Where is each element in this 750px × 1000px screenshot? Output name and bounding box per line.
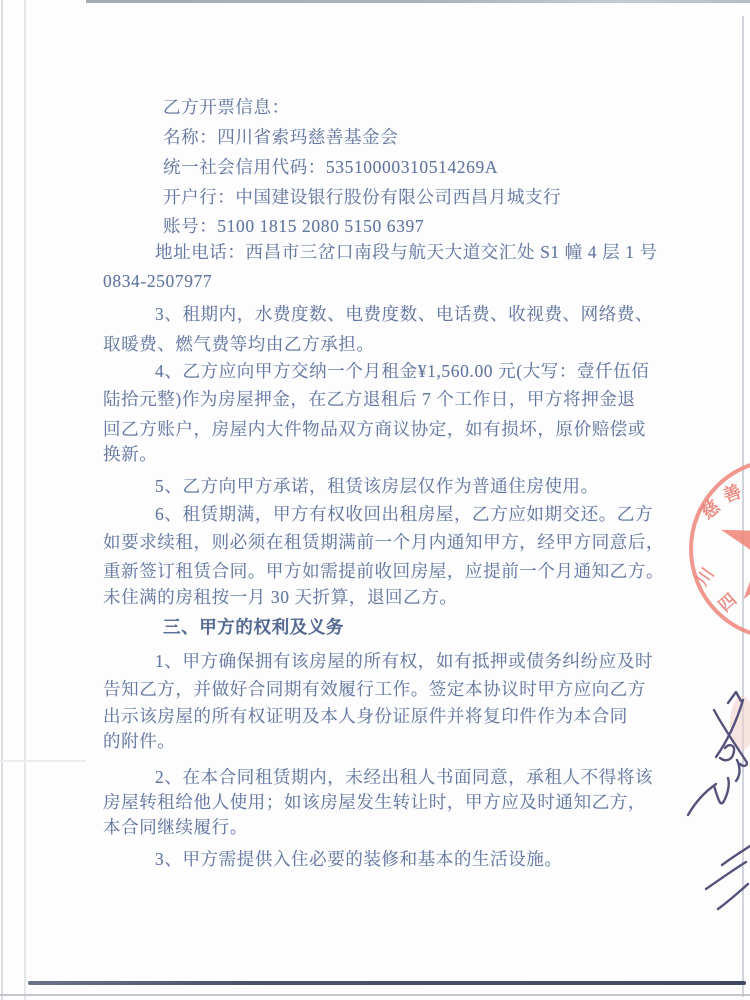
seal-char: 四 xyxy=(715,590,740,615)
handwriting-stroke-1 xyxy=(728,692,741,703)
text-line: 取暖费、燃气费等均由乙方承担。 xyxy=(103,332,375,356)
text-line: 1、甲方确保拥有该房屋的所有权，如有抵押或债务纠纷应及时 xyxy=(155,649,653,673)
page-edge-top xyxy=(86,0,750,3)
handwriting-stroke-5 xyxy=(736,760,740,781)
text-line: 5、乙方向甲方承诺，租赁该房层仅作为普通住房使用。 xyxy=(155,474,599,498)
scanned-contract-page: 乙方开票信息： 名称：四川省索玛慈善基金会 统一社会信用代码：535100003… xyxy=(0,0,750,1000)
text-line: 告知乙方，并做好合同期有效履行工作。签定本协议时甲方应向乙方 xyxy=(103,677,646,701)
handwriting-stroke-6 xyxy=(688,784,716,815)
text-line: 开户行：中国建设银行股份有限公司西昌月城支行 xyxy=(163,185,561,209)
text-line: 重新签订租赁合同。甲方如需提前收回房屋，应提前一个月通知乙方。 xyxy=(103,559,664,583)
section-heading: 三、甲方的权利及义务 xyxy=(163,615,344,639)
seal-ink-smudge xyxy=(730,696,750,750)
text-line: 未住满的房租按一月 30 天折算，退回乙方。 xyxy=(103,585,457,609)
handwriting-stroke-4 xyxy=(720,745,734,760)
text-line: 3、甲方需提供入住必要的装修和基本的生活设施。 xyxy=(155,847,563,871)
text-line: 2、在本合同租赁期内，未经出租人书面同意，承租人不得将该 xyxy=(155,765,653,789)
text-line: 陆拾元整)作为房屋押金，在乙方退租后 7 个工作日，甲方将押金退 xyxy=(103,387,636,411)
page-edge-artifact xyxy=(0,760,86,762)
text-line: 换新。 xyxy=(103,442,157,466)
page-edge-left-outer xyxy=(1,0,3,1000)
text-line: 如要求续租，则必须在租赁期满前一个月内通知甲方，经甲方同意后， xyxy=(103,530,664,554)
handwriting-marks xyxy=(670,660,750,920)
handwriting-stroke-2 xyxy=(716,700,743,757)
text-line: 出示该房屋的所有权证明及本人身份证原件并将复印件作为本合同 xyxy=(103,704,628,728)
text-line: 账号：5100 1815 2080 5150 6397 xyxy=(163,214,424,238)
seal-char: 川 xyxy=(693,565,718,590)
page-edge-bottom-shadow xyxy=(28,981,746,985)
handwriting-stroke-7 xyxy=(714,778,729,803)
text-line: 4、乙方应向甲方交纳一个月租金¥1,560.00 元(大写：壹仟伍佰 xyxy=(155,359,649,383)
page-edge-left-inner xyxy=(24,0,26,1000)
text-line: 乙方开票信息： xyxy=(163,95,290,119)
text-line: 回乙方账户，房屋内大件物品双方商议协定，如有损坏，原价赔偿或 xyxy=(103,417,646,441)
seal-char: 善 xyxy=(720,480,744,506)
seal-star-icon xyxy=(721,487,750,599)
handwriting-stroke-8 xyxy=(722,846,750,865)
red-seal-stamp-icon: 慈 善 川 四 xyxy=(686,452,750,644)
page-edge-bottom xyxy=(0,994,750,996)
text-line: 名称：四川省索玛慈善基金会 xyxy=(163,125,398,149)
text-line: 的附件。 xyxy=(103,729,175,753)
text-line: 6、租赁期满，甲方有权收回出租房屋，乙方应如期交还。乙方 xyxy=(155,502,653,526)
page-edge-right xyxy=(742,16,744,997)
text-line: 0834-2507977 xyxy=(103,269,212,293)
handwriting-stroke-10 xyxy=(718,884,748,909)
text-line: 统一社会信用代码：53510000310514269A xyxy=(163,155,498,179)
text-line: 3、租期内，水费度数、电费度数、电话费、收视费、网络费、 xyxy=(155,302,653,326)
text-line: 地址电话：西昌市三岔口南段与航天大道交汇处 S1 幢 4 层 1 号 xyxy=(155,240,658,264)
text-line: 本合同继续履行。 xyxy=(103,815,248,839)
seal-char: 慈 xyxy=(697,495,724,523)
handwriting-stroke-9 xyxy=(706,862,746,889)
text-line: 房屋转租给他人使用；如该房屋发生转让时，甲方应及时通知乙方， xyxy=(103,790,646,814)
handwriting-stroke-3 xyxy=(714,710,747,766)
